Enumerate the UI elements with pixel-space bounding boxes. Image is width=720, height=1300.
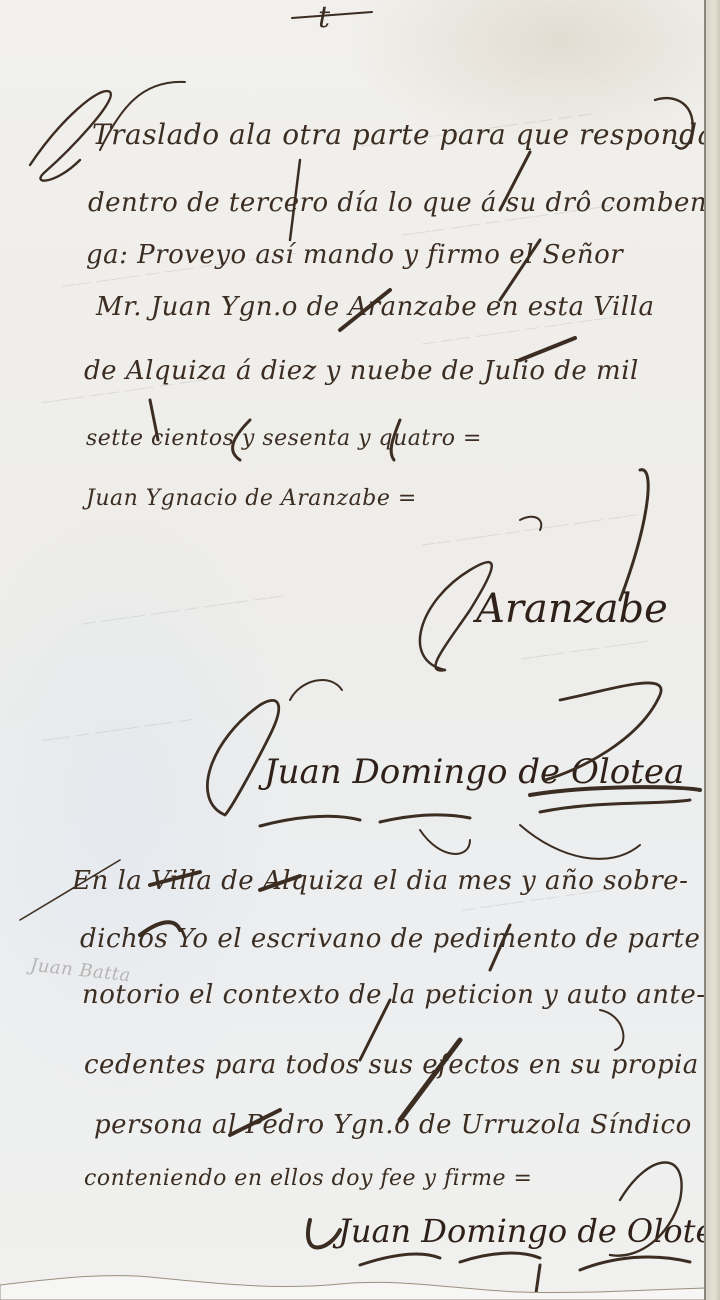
signature-olotea-1: Juan Domingo de Olotea	[264, 752, 684, 792]
text-line-1: Traslado ala otra parte para que respond…	[92, 118, 706, 151]
bleed-through-text: —— ——— — ——— —— ——	[420, 505, 639, 553]
text-line-4: Mr. Juan Ygn.o de Aranzabe en esta Villa	[96, 292, 654, 322]
text-line-3: ga: Proveyo así mando y firmo el Señor	[86, 240, 623, 270]
text-line-10: cedentes para todos sus efectos en su pr…	[84, 1050, 699, 1080]
bleed-through-text: — ——— —— — ——— ——	[80, 586, 284, 632]
text-line-5: de Alquiza á diez y nuebe de Julio de mi…	[84, 356, 639, 386]
text-line-8: dichos Yo el escrivano de pedimento de p…	[80, 924, 706, 954]
text-line-7: En la Villa de Alquiza el dia mes y año …	[72, 866, 688, 896]
signatory-name: Juan Ygnacio de Aranzabe =	[86, 486, 417, 511]
bleed-through-text: ——— —— ———	[519, 631, 650, 667]
next-leaf-edge	[706, 0, 720, 1300]
signature-aranzabe: Aranzabe	[476, 586, 668, 632]
bleed-through-text: —— — ——— —— —	[39, 709, 194, 748]
page-mark: t	[318, 0, 331, 35]
manuscript-page: — — — ——— — —— —— — — ——— —— — ——— —— ——…	[0, 0, 706, 1300]
signature-olotea-2: Juan Domingo de Olotea	[338, 1212, 706, 1250]
text-line-6: sette cientos y sesenta y quatro =	[86, 426, 482, 451]
text-line-11: persona al Pedro Ygn.o de Urruzola Síndi…	[94, 1110, 692, 1140]
text-line-2: dentro de tercero día lo que á su drô co…	[88, 188, 706, 218]
text-line-12: conteniendo en ellos doy fee y firme =	[84, 1166, 532, 1191]
margin-note: Juan Batta	[29, 955, 132, 986]
text-line-9: notorio el contexto de la peticion y aut…	[82, 980, 706, 1010]
